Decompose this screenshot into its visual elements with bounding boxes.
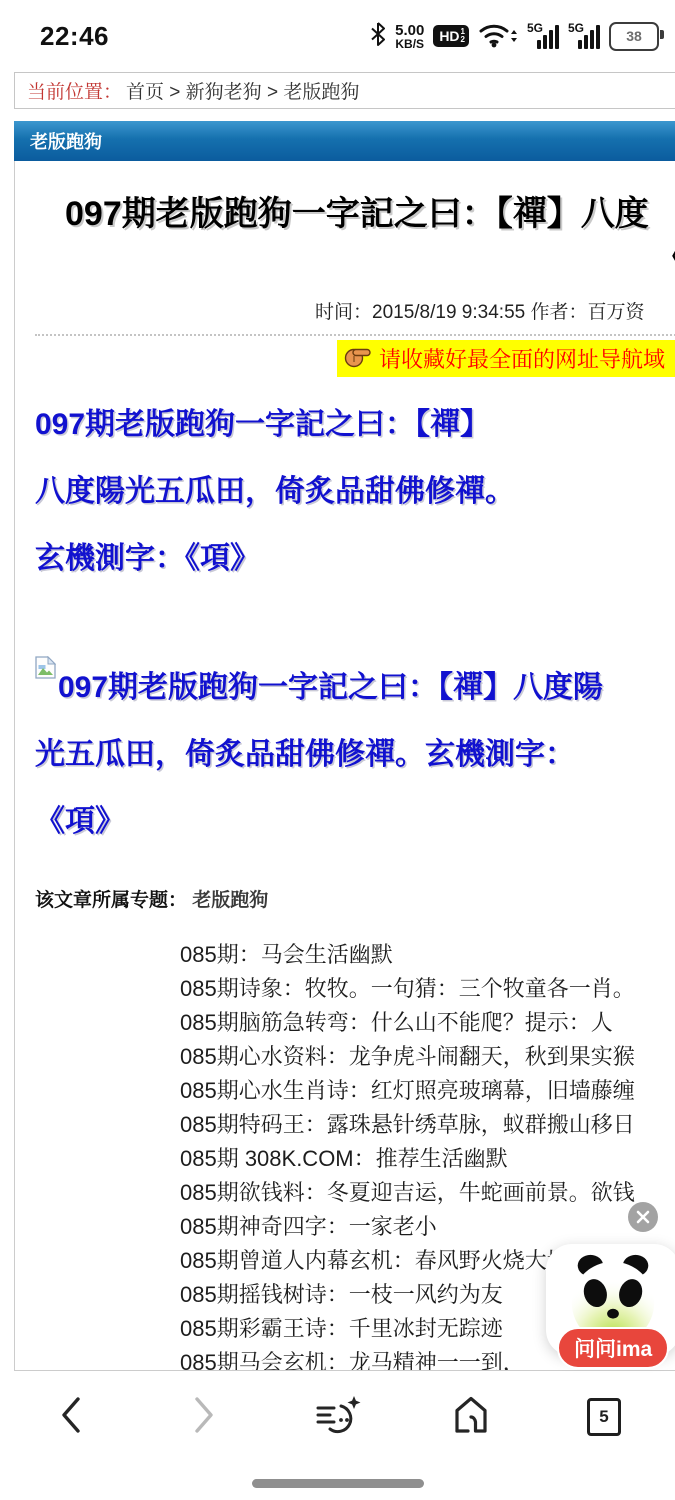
pointing-hand-icon: [343, 344, 371, 374]
volte-hd-icon: HD 12: [433, 25, 469, 47]
home-button[interactable]: [448, 1394, 494, 1440]
forward-icon: [189, 1394, 219, 1441]
list-item[interactable]: 085期心水资料：龙争虎斗闹翻天，秋到果实猴: [180, 1040, 675, 1074]
breadcrumb-label: 当前位置：: [27, 77, 122, 104]
battery-icon: 38: [609, 22, 659, 51]
list-item[interactable]: 085期：马会生活幽默: [180, 938, 675, 972]
list-item[interactable]: 085期 308K.COM：推荐生活幽默: [180, 1142, 675, 1176]
back-button[interactable]: [48, 1394, 94, 1440]
bluetooth-icon: [370, 21, 386, 52]
back-icon: [56, 1394, 86, 1441]
breadcrumb: 当前位置： 首页 > 新狗老狗 > 老版跑狗: [14, 72, 675, 109]
list-item[interactable]: 085期心水生肖诗：红灯照亮玻璃幕，旧墙藤缠: [180, 1074, 675, 1108]
list-item[interactable]: 085期神奇四字：一家老小: [180, 1210, 675, 1244]
divider: [35, 334, 675, 336]
article-meta: 时间：2015/8/19 9:34:55 作者：百万资: [315, 297, 675, 324]
clock: 22:46: [40, 21, 109, 52]
signal-sim2-icon: 5G: [568, 21, 600, 51]
list-item[interactable]: 085期特码王：露珠悬针绣草脉，蚁群搬山移日: [180, 1108, 675, 1142]
browser-screen: 22:46 5.00 KB/S HD 12: [0, 0, 675, 1500]
list-item[interactable]: 085期脑筋急转弯：什么山不能爬？提示：人: [180, 1006, 675, 1040]
wifi-icon: [478, 19, 518, 54]
article-title-line2: 《: [655, 237, 675, 279]
topic-row: 该文章所属专题： 老版跑狗: [35, 885, 675, 912]
home-indicator[interactable]: [252, 1479, 424, 1488]
article-panel: 老版跑狗 097期老版跑狗一字記之曰：【禪】八度 《 时间：2015/8/19 …: [14, 121, 675, 1371]
close-icon: [628, 1209, 658, 1225]
article-body: 097期老版跑狗一字記之曰：【禪】八度 《 时间：2015/8/19 9:34:…: [14, 161, 675, 1371]
breadcrumb-path[interactable]: 首页 > 新狗老狗 > 老版跑狗: [126, 77, 359, 104]
browser-toolbar: 5: [0, 1372, 675, 1500]
section-header: 老版跑狗: [14, 121, 675, 161]
menu-button[interactable]: [315, 1394, 361, 1440]
forward-button[interactable]: [181, 1394, 227, 1440]
signal-sim1-icon: 5G: [527, 21, 559, 51]
home-icon: [449, 1393, 493, 1442]
article-text-block-1: 097期老版跑狗一字記之曰：【禪】 八度陽光五瓜田，倚炙品甜佛修禪。 玄機測字：…: [35, 391, 675, 592]
status-bar: 22:46 5.00 KB/S HD 12: [0, 0, 675, 66]
topic-link[interactable]: 老版跑狗: [192, 890, 268, 911]
promo-banner-text: 请收藏好最全面的网址导航域: [379, 343, 665, 374]
network-speed: 5.00 KB/S: [395, 23, 424, 50]
quick-menu-icon: [313, 1393, 363, 1442]
tabs-button[interactable]: 5: [581, 1394, 627, 1440]
list-item[interactable]: 085期诗象：牧牧。一句猜：三个牧童各一肖。: [180, 972, 675, 1006]
list-item[interactable]: 085期欲钱料：冬夏迎吉运，牛蛇画前景。欲钱: [180, 1176, 675, 1210]
assistant-badge[interactable]: 问问ima: [557, 1327, 669, 1369]
article-title-line1: 097期老版跑狗一字記之曰：【禪】八度: [65, 191, 675, 237]
assistant-close-button[interactable]: [628, 1202, 658, 1232]
topic-label: 该文章所属专题：: [35, 890, 187, 911]
tab-count-badge: 5: [587, 1398, 621, 1436]
broken-image-icon: [35, 636, 56, 703]
promo-banner-link[interactable]: 请收藏好最全面的网址导航域: [337, 340, 675, 377]
article-text-block-2: 097期老版跑狗一字記之曰：【禪】八度陽 光五瓜田，倚炙品甜佛修禪。玄機測字： …: [35, 636, 675, 855]
